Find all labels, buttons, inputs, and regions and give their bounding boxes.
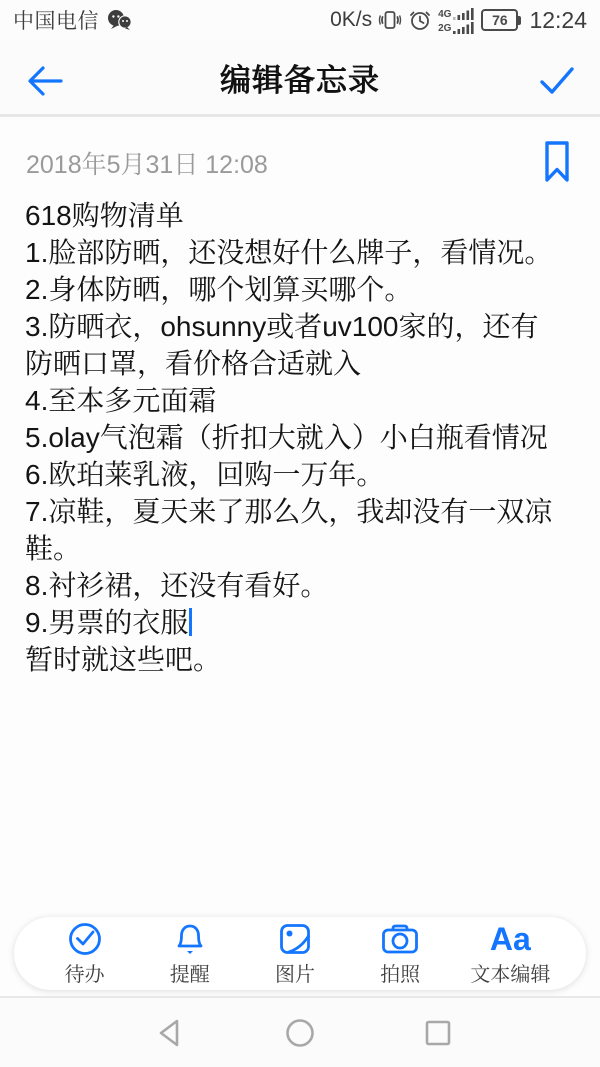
back-button[interactable]: [22, 58, 68, 104]
todo-check-circle-icon: [67, 921, 103, 957]
toolbar-item-label: 提醒: [170, 958, 210, 987]
note-line[interactable]: 防晒口罩，看价格合适就入: [25, 345, 575, 382]
square-recents-icon: [423, 1018, 453, 1048]
note-line[interactable]: 5.olay气泡霜（折扣大就入）小白瓶看情况: [25, 419, 575, 456]
navigation-bar: [0, 998, 600, 1067]
alarm-icon: [408, 8, 432, 32]
nav-home-button[interactable]: [279, 1012, 321, 1054]
toolbar-item-picture[interactable]: 图片: [260, 921, 330, 987]
toolbar-item-text-edit[interactable]: Aa 文本编辑: [470, 921, 550, 987]
signal-icon: 4G 2G: [438, 7, 475, 34]
note-line[interactable]: 618购物清单: [25, 197, 575, 234]
page-title: 编辑备忘录: [0, 55, 600, 100]
battery-icon: 76: [481, 9, 521, 31]
sim1-net-label: 4G: [438, 10, 451, 20]
note-line-text: 9.男票的衣服: [25, 607, 188, 638]
bell-icon: [172, 921, 208, 957]
header: 编辑备忘录: [0, 40, 600, 117]
note-line[interactable]: 鞋。: [25, 530, 575, 567]
toolbar-item-todo[interactable]: 待办: [50, 921, 120, 987]
battery-level: 76: [481, 9, 518, 31]
note-line[interactable]: 3.防晒衣，ohsunny或者uv100家的，还有: [25, 308, 575, 345]
status-bar: 中国电信 0K/s: [0, 0, 600, 40]
nav-back-button[interactable]: [148, 1012, 190, 1054]
toolbar-item-reminder[interactable]: 提醒: [155, 921, 225, 987]
net-speed-label: 0K/s: [330, 8, 372, 32]
editor-toolbar: 待办 提醒 图片 拍照: [14, 917, 586, 990]
bookmark-icon[interactable]: [540, 140, 574, 184]
note-line[interactable]: 7.凉鞋，夏天来了那么久，我却没有一双凉: [25, 493, 575, 530]
note-line[interactable]: 8.衬衫裙，还没有看好。: [25, 567, 575, 604]
note-meta-row: 2018年5月31日 12:08: [0, 120, 600, 184]
text-cursor: [189, 608, 192, 636]
vibrate-icon: [378, 8, 402, 32]
checkmark-icon: [536, 63, 578, 99]
note-line[interactable]: 6.欧珀莱乳液，回购一万年。: [25, 456, 575, 493]
text-edit-Aa-icon: Aa: [490, 921, 531, 957]
triangle-back-icon: [154, 1017, 184, 1049]
toolbar-item-label: 待办: [65, 958, 105, 987]
note-area: 2018年5月31日 12:08 618购物清单 1.脸部防晒，还没想好什么牌子…: [0, 120, 600, 997]
toolbar-item-label: 拍照: [380, 958, 420, 987]
back-arrow-icon: [23, 61, 67, 101]
circle-home-icon: [284, 1017, 316, 1049]
clock-label: 12:24: [529, 7, 587, 34]
note-line[interactable]: 2.身体防晒，哪个划算买哪个。: [25, 271, 575, 308]
wechat-icon: [106, 9, 132, 31]
note-editor[interactable]: 618购物清单 1.脸部防晒，还没想好什么牌子，看情况。 2.身体防晒，哪个划算…: [0, 184, 600, 678]
note-line[interactable]: 1.脸部防晒，还没想好什么牌子，看情况。: [25, 234, 575, 271]
note-date-label: 2018年5月31日 12:08: [26, 145, 268, 181]
confirm-button[interactable]: [534, 58, 580, 104]
toolbar-item-camera[interactable]: 拍照: [365, 921, 435, 987]
image-icon: [277, 921, 313, 957]
note-line[interactable]: 暂时就这些吧。: [25, 641, 575, 678]
carrier-label: 中国电信: [13, 5, 99, 35]
note-line[interactable]: 4.至本多元面霜: [25, 382, 575, 419]
note-line-with-cursor[interactable]: 9.男票的衣服: [25, 604, 575, 641]
nav-recents-button[interactable]: [417, 1012, 459, 1054]
toolbar-item-label: 图片: [275, 958, 315, 987]
camera-icon: [380, 921, 420, 957]
sim2-net-label: 2G: [438, 24, 451, 34]
toolbar-item-label: 文本编辑: [470, 958, 550, 987]
